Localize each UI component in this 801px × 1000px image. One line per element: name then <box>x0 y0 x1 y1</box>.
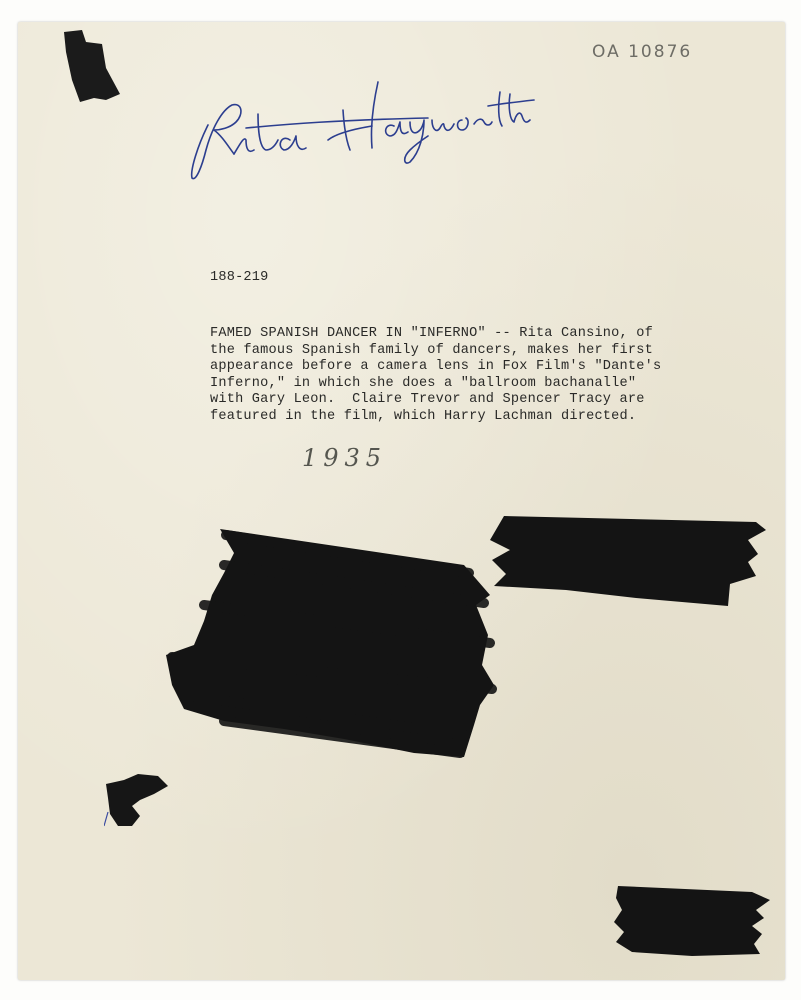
caption-line: Inferno," in which she does a "ballroom … <box>210 376 661 393</box>
signature: Rita Hayworth <box>188 70 548 185</box>
caption-line: FAMED SPANISH DANCER IN "INFERNO" -- Rit… <box>210 326 661 343</box>
redaction-mark-right <box>486 510 771 610</box>
reference-number: 188-219 <box>210 270 269 285</box>
redaction-mark-bottom-right <box>612 882 772 960</box>
caption-line: the famous Spanish family of dancers, ma… <box>210 343 661 360</box>
caption-line: with Gary Leon. Claire Trevor and Spence… <box>210 392 661 409</box>
redaction-mark-center <box>164 525 499 765</box>
archive-id: OA 10876 <box>592 42 692 62</box>
handwritten-year: 1935 <box>302 444 387 472</box>
redaction-mark-bottom-left <box>104 772 170 830</box>
caption-line: appearance before a camera lens in Fox F… <box>210 359 661 376</box>
caption-text: FAMED SPANISH DANCER IN "INFERNO" -- Rit… <box>210 326 661 425</box>
caption-line: featured in the film, which Harry Lachma… <box>210 409 661 426</box>
redaction-mark-top-left <box>58 28 128 108</box>
